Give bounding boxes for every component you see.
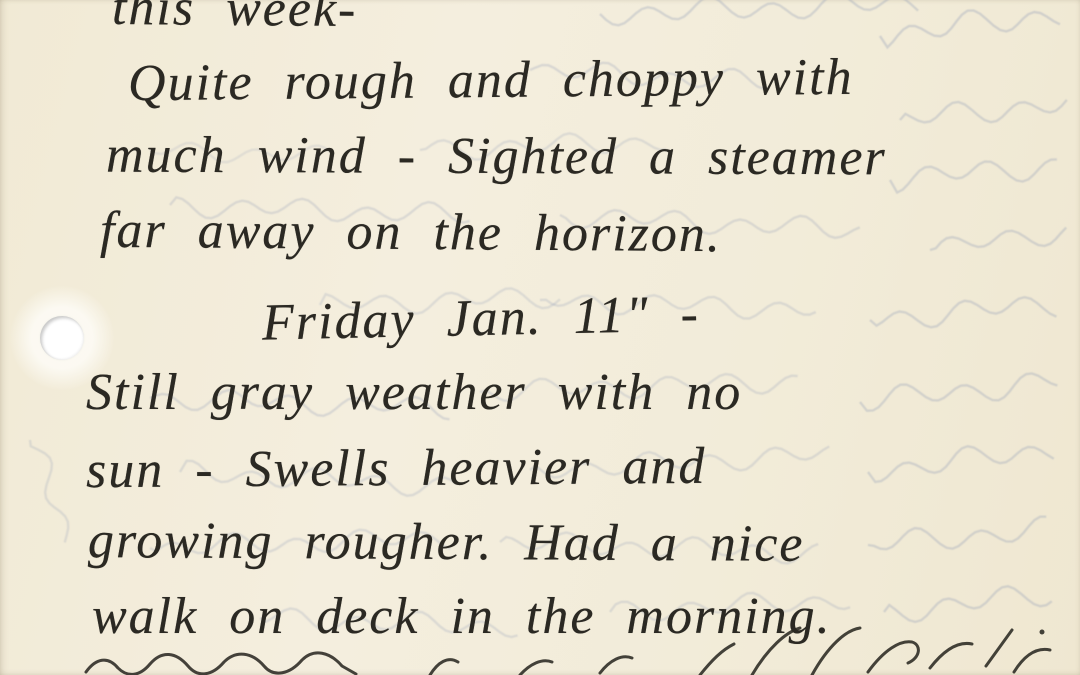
- handwriting-line-3: much wind - Sighted a steamer: [106, 123, 887, 192]
- diary-page: this week- Quite rough and choppy with m…: [0, 0, 1080, 675]
- handwriting-line-4: far away on the horizon.: [100, 198, 722, 268]
- handwriting-line-8: growing rougher. Had a nice: [88, 508, 805, 578]
- handwriting-line-1: this week-: [112, 0, 358, 43]
- cutoff-stroke-left: [86, 653, 356, 675]
- handwriting-line-6: Still gray weather with no: [86, 360, 742, 426]
- handwriting-line-9: walk on deck in the morning.: [92, 584, 832, 650]
- handwriting-line-7: sun - Swells heavier and: [86, 434, 707, 504]
- ink-dot: [1040, 630, 1045, 635]
- cutoff-stroke-mid: [430, 657, 632, 675]
- handwriting-line-2: Quite rough and choppy with: [128, 45, 854, 117]
- date-heading: Friday Jan. 11" -: [261, 281, 700, 356]
